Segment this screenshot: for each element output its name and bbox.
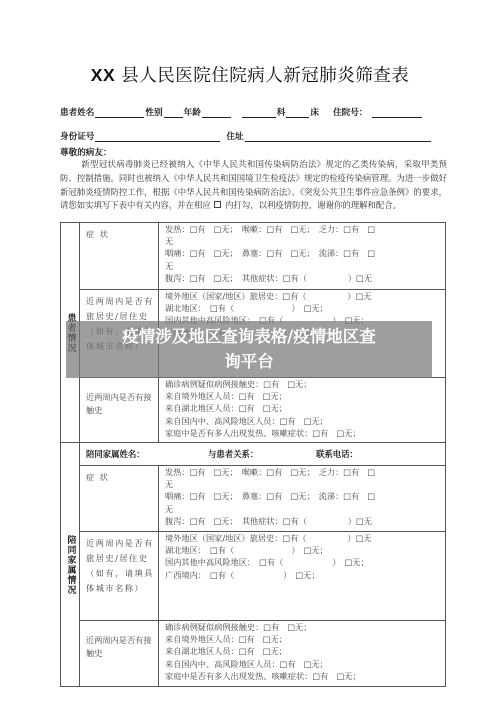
travel-history-label: 近两周内是否有旅居史/居住史（如有，请填具体城市名称） [80,532,159,621]
symptom-line: 无 [165,235,445,247]
symptom-line: 无 [165,503,445,515]
name-field[interactable] [95,109,144,118]
section-label-text: 陪同家属情况 [64,535,77,595]
travel-line[interactable]: 国内其他中高风险地区： □有（ ） □无； [165,556,445,568]
symptoms-label: 症 状 [80,223,159,290]
travel-history-options[interactable]: 境外地区（国家/地区）旅居史：□有（ ）□无 湖北地区： □有（ ） □无； 国… [159,532,446,621]
table-row: 近两周内是否有接触史 确诊病例疑似病例接触史：□有 □无； 来自境外地区人员：□… [61,621,446,687]
table-row: 患者情况 症 状 发热：□有 □无； 喉嗽：□有 □无； 乏力：□有 □ 无 咽… [61,223,446,290]
symptom-line[interactable]: 腹泻：□有 □无； 其他症状：□有（ ）□无 [165,272,445,284]
bed-label: 床 [310,106,319,118]
contact-line[interactable]: 来自境外地区人员：□有 □无； [165,390,445,402]
family-header-row[interactable]: 陪同家属姓名：与患者关系：联系电话： [80,443,446,466]
relation-label: 与患者关系： [208,448,316,460]
travel-line[interactable]: 广西境内： □有（ ） □无； [165,569,445,581]
travel-line[interactable]: 湖北地区： □有（ ） □无； [165,544,445,556]
symptoms-options[interactable]: 发热：□有 □无； 喉嗽：□有 □无； 乏力：□有 □ 无 咽痛：□有 □无； … [159,466,446,532]
patient-info-row-1: 患者姓名 性别 年龄 科 床 住院号： [60,106,423,118]
symptom-line[interactable]: 腹泻：□有 □无； 其他症状：□有（ ）□无 [165,515,445,527]
symptom-line: 无 [165,478,445,490]
contact-line[interactable]: 家庭中是否有多人出现发热、咳嗽症状：□有 □无； [165,670,445,682]
admission-no-field[interactable] [372,109,422,118]
companion-name-label: 陪同家属姓名： [86,448,208,460]
overlay-line-1: 疫情涉及地区查询表格/疫情地区查 [66,324,432,349]
contact-history-options[interactable]: 确诊病例疑似病例接触史：□有 □无； 来自境外地区人员：□有 □无； 来自湖北地… [159,621,446,687]
contact-line[interactable]: 来自境外地区人员：□有 □无； [165,633,445,645]
contact-line[interactable]: 来自国内中、高风险地区人员：□有 □无； [165,415,445,427]
symptom-line: 无 [165,260,445,272]
overlay-line-2: 询平台 [66,349,432,374]
age-field[interactable] [202,109,231,118]
family-section-label: 陪同家属情况 [61,443,80,687]
contact-line[interactable]: 来自湖北地区人员：□有 □无； [165,402,445,414]
symptom-line[interactable]: 咽痛：□有 □无； 鼻塞：□有 □无； 流涕：□有 □ [165,490,445,502]
symptom-line[interactable]: 发热：□有 □无； 喉嗽：□有 □无； 乏力：□有 □ [165,466,445,478]
address-field[interactable] [245,133,431,142]
intro-tail: 内打勾，以利疫情防控，谢谢你的理解和配合。 [225,200,401,210]
symptom-line[interactable]: 发热：□有 □无； 喉嗽：□有 □无； 乏力：□有 □ [165,223,445,235]
travel-line[interactable]: 境外地区（国家/地区）旅居史：□有（ ）□无 [165,532,445,544]
id-number-field[interactable] [95,133,220,142]
sex-label: 性别 [145,106,162,118]
travel-line[interactable]: 境外地区（国家/地区）旅居史：□有（ ）□无 [165,290,445,302]
table-row: 陪同家属情况 陪同家属姓名：与患者关系：联系电话： [61,443,446,466]
table-row: 症 状 发热：□有 □无； 喉嗽：□有 □无； 乏力：□有 □ 无 咽痛：□有 … [61,466,446,532]
contact-history-label: 近两周内是否有接触史 [80,378,159,443]
screening-form-page: XX 县人民医院住院病人新冠肺炎筛查表 患者姓名 性别 年龄 科 床 住院号： … [0,0,500,706]
dept-field[interactable] [242,109,276,118]
dept-label: 科 [277,106,286,118]
name-label: 患者姓名 [60,106,94,118]
contact-history-options[interactable]: 确诊病例疑似病例接触史：□有 □无； 来自境外地区人员：□有 □无； 来自湖北地… [159,378,446,443]
contact-history-label: 近两周内是否有接触史 [80,621,159,687]
bed-field[interactable] [286,109,309,118]
greeting: 尊敬的病友： [60,146,112,158]
sex-field[interactable] [164,109,183,118]
address-label: 住址 [226,130,243,142]
title-text: 县人民医院住院病人新冠肺炎筛查表 [115,66,409,86]
patient-info-row-2: 身份证号 住址 [60,130,432,142]
symptom-line[interactable]: 咽痛：□有 □无； 鼻塞：□有 □无； 流涕：□有 □ [165,247,445,259]
overlay-banner-text: 疫情涉及地区查询表格/疫情地区查 询平台 [66,324,432,374]
admission-no-label: 住院号： [333,106,367,118]
contact-line[interactable]: 家庭中是否有多人出现发热、咳嗽症状：□有 □无； [165,427,445,439]
id-number-label: 身份证号 [60,130,94,142]
contact-line[interactable]: 确诊病例疑似病例接触史：□有 □无； [165,621,445,633]
table-row: 近两周内是否有旅居史/居住史（如有，请填具体城市名称） 境外地区（国家/地区）旅… [61,532,446,621]
contact-line[interactable]: 确诊病例疑似病例接触史：□有 □无； [165,378,445,390]
symptoms-options[interactable]: 发热：□有 □无； 喉嗽：□有 □无； 乏力：□有 □ 无 咽痛：□有 □无； … [159,223,446,290]
intro-paragraph: 新型冠状病毒肺炎已经被纳入《中华人民共和国传染病防治法》规定的乙类传染病，采取甲… [60,158,447,213]
table-row: 近两周内是否有接触史 确诊病例疑似病例接触史：□有 □无； 来自境外地区人员：□… [61,378,446,443]
contact-line[interactable]: 来自国内中、高风险地区人员：□有 □无； [165,658,445,670]
symptoms-label: 症 状 [80,466,159,532]
family-table: 陪同家属情况 陪同家属姓名：与患者关系：联系电话： 症 状 发热：□有 □无； … [60,442,446,687]
phone-label: 联系电话： [316,448,358,460]
travel-line[interactable]: 湖北地区： □有（ ） □无； [165,302,445,314]
checkbox-icon [214,201,221,208]
title-prefix: XX [91,65,115,85]
page-title: XX 县人民医院住院病人新冠肺炎筛查表 [0,62,500,87]
contact-line[interactable]: 来自湖北地区人员：□有 □无； [165,645,445,657]
age-label: 年龄 [184,106,201,118]
